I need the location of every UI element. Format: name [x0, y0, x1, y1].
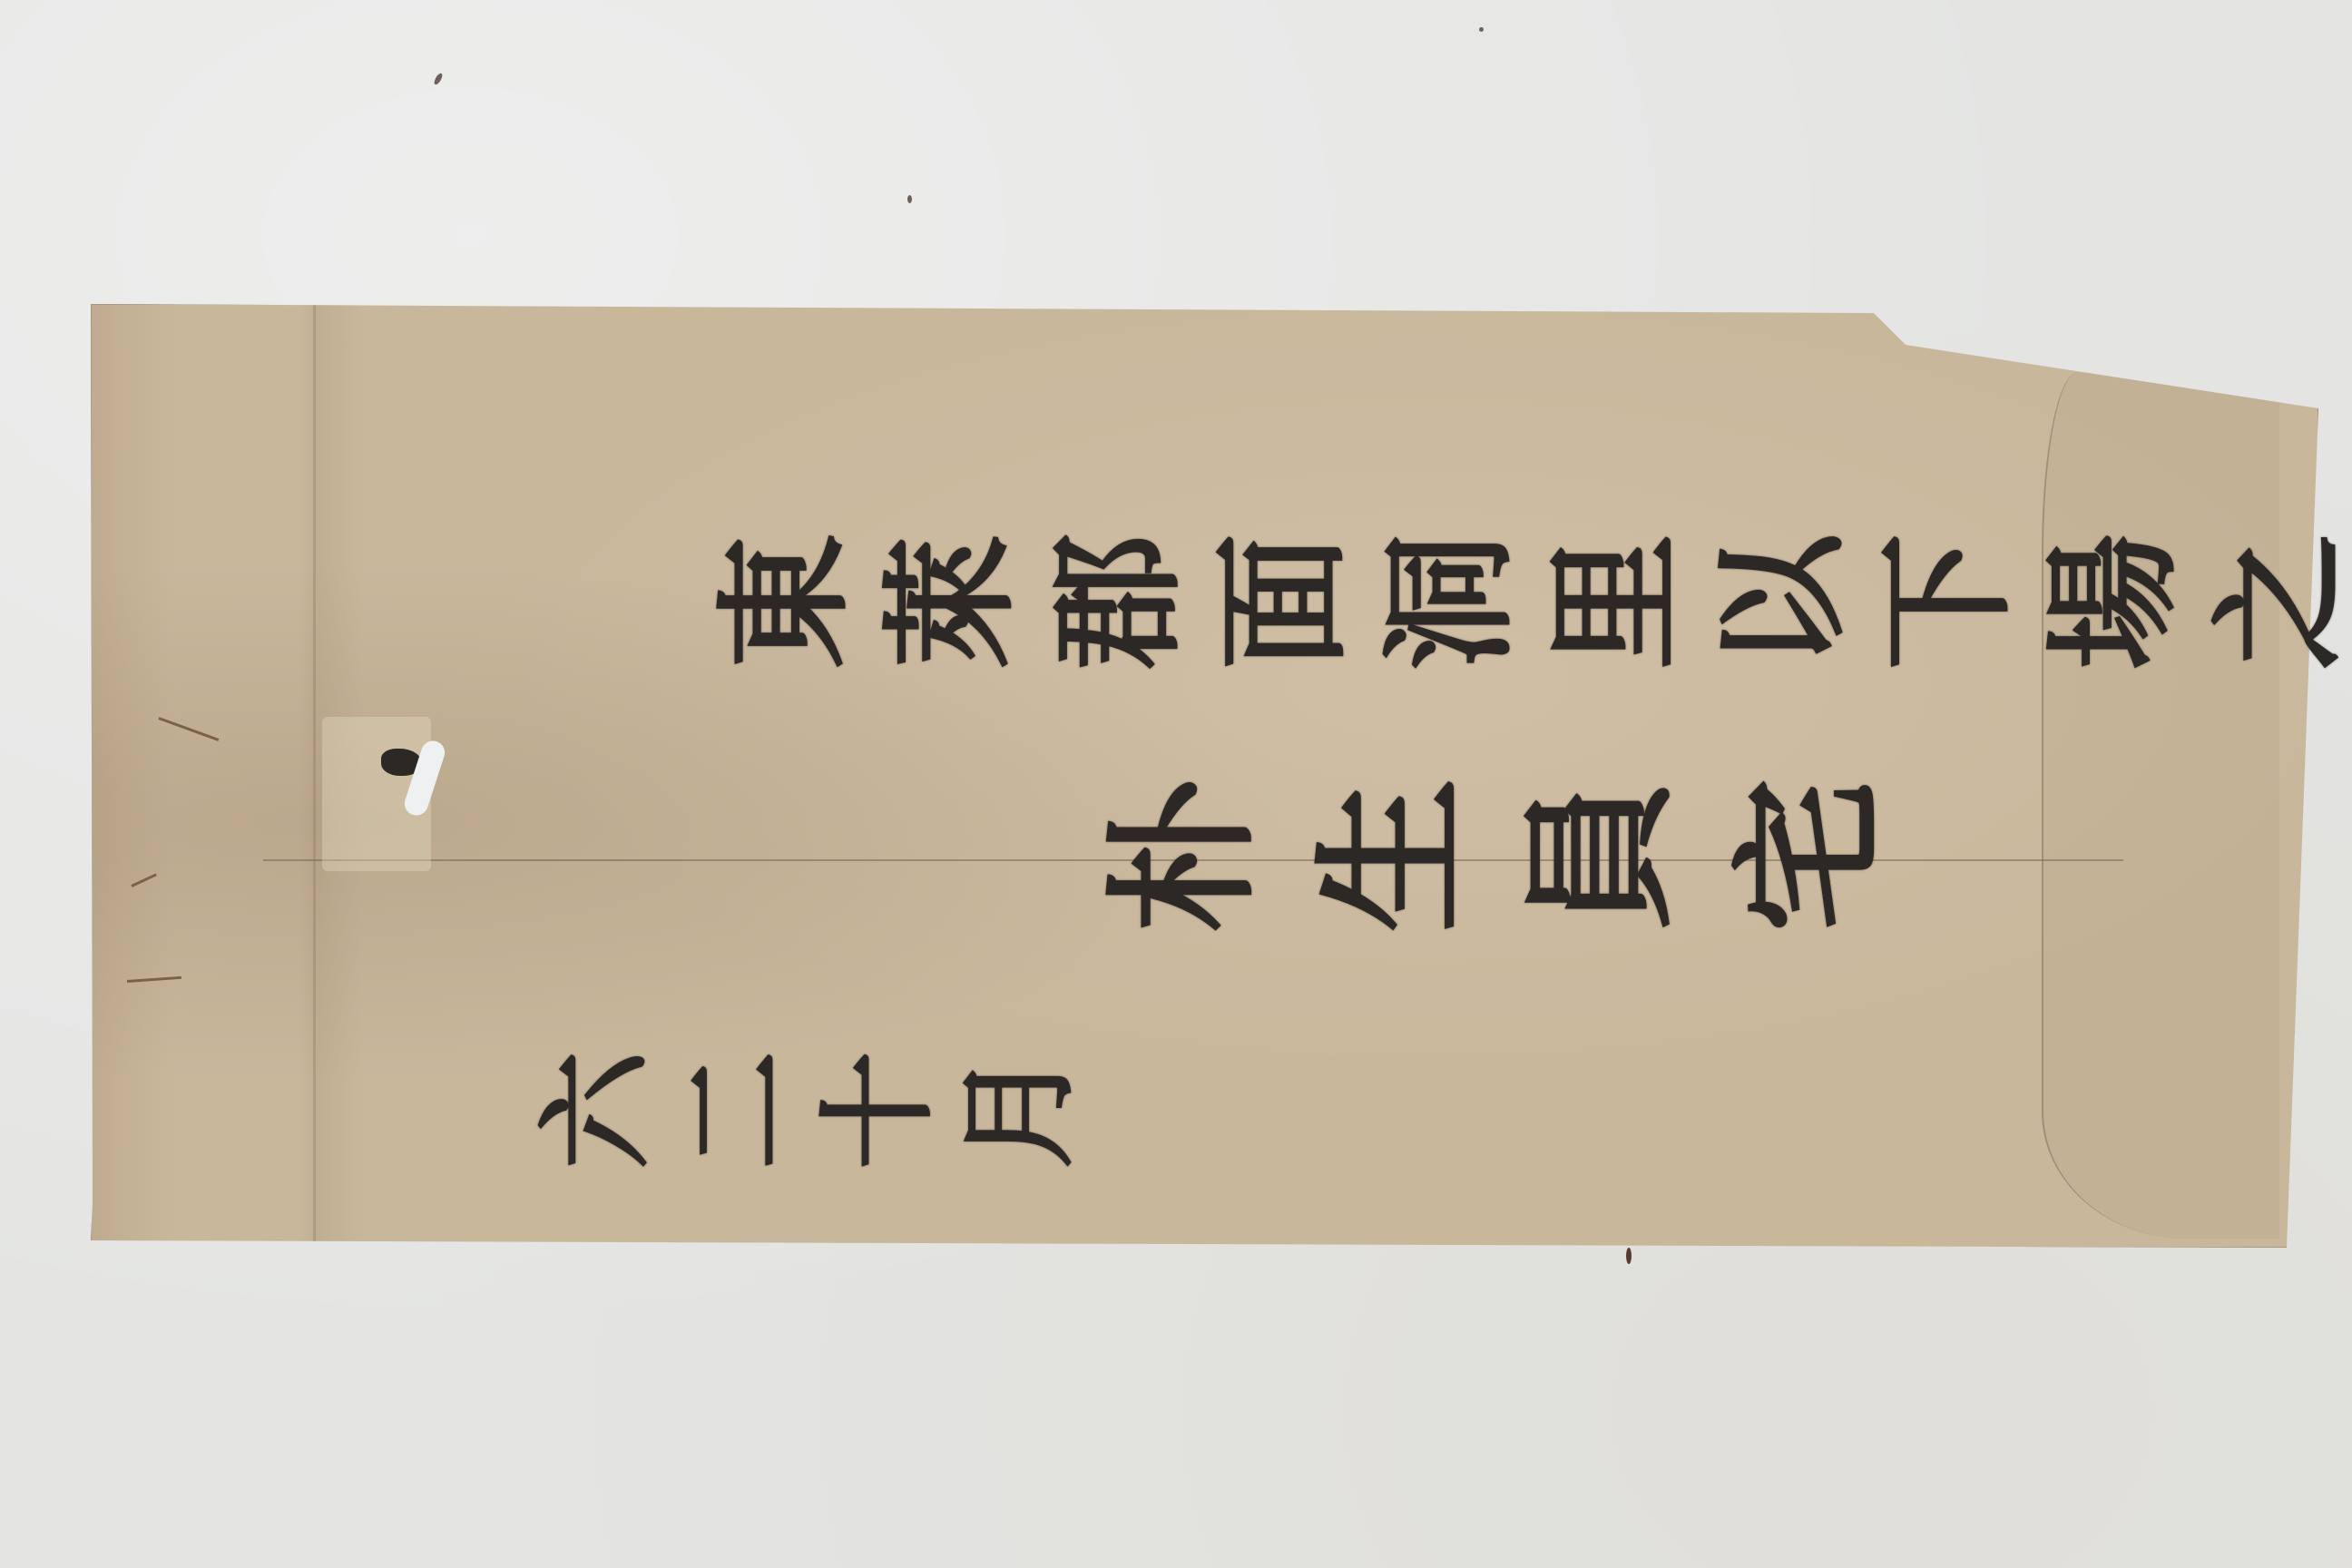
background-speck [433, 72, 444, 85]
paper-tear [158, 717, 219, 741]
envelope-fold-left [313, 304, 316, 1248]
address-line-1: 東 萊 郡 面 洞 里 以 下 場 之 [699, 504, 2343, 700]
calligraphy-glyph: 生 [1269, 774, 1491, 937]
background-speck [1626, 1248, 1632, 1264]
calligraphy-glyph: 員 [1477, 774, 1700, 937]
background-speck [907, 195, 912, 203]
paper-tear [131, 873, 156, 887]
calligraphy-glyph: 朴 [1060, 774, 1282, 937]
calligraphy-glyph: 月 [925, 1049, 1094, 1171]
date-line: 六 二 十 月 [526, 1025, 1071, 1195]
calligraphy-glyph: 宅 [1686, 774, 1908, 937]
paper-tear [127, 976, 181, 983]
address-line-2: 朴 生 員 宅 [1089, 744, 1878, 966]
envelope-flap-right [2042, 372, 2279, 1239]
background-speck [1479, 27, 1484, 32]
calligraphy-glyph: 之 [2171, 527, 2352, 677]
